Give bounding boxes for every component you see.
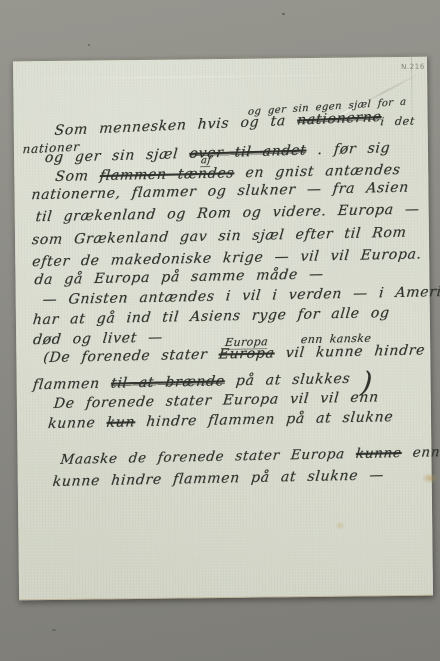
handwritten-line: som Grækenland gav sin sjæl efter til Ro…	[31, 225, 407, 249]
interline-insertion: i det	[380, 115, 416, 129]
strikethrough-text: flammen tændes	[99, 165, 235, 184]
archive-number: N.216	[401, 63, 425, 71]
paper-crease	[13, 74, 427, 80]
handwritten-line: til grækenland og Rom og videre. Europa …	[35, 201, 421, 225]
line-text: (De forenede stater	[42, 347, 219, 367]
line-text: på at slukkes	[224, 371, 362, 390]
handwritten-line: da gå Europa på samme måde —	[34, 266, 325, 288]
line-text: og ger sin sjæl	[44, 146, 190, 166]
handwritten-line: efter de makedoniske krige — vil vil Eur…	[31, 246, 422, 270]
strikethrough-text: kun	[106, 414, 136, 431]
handwritten-line: har at gå ind til Asiens ryge for alle o…	[32, 305, 390, 328]
handwritten-line: og ger sin sjæl over til andet . før sig	[44, 140, 391, 166]
handwritten-line: kunne kun hindre flammen på at slukne	[47, 409, 394, 432]
strikethrough-text: nationerne	[296, 109, 382, 129]
line-text: hindre flammen på at slukne	[134, 409, 394, 430]
dust-speck	[282, 13, 285, 15]
strikethrough-text: til at brænde	[110, 373, 225, 391]
line-text: enn	[401, 444, 440, 461]
line-text: . før sig	[306, 140, 391, 158]
fox-stain	[422, 473, 438, 484]
handwritten-line: Som mennesken hvis og ta nationerne	[54, 109, 382, 139]
line-text: flammen	[32, 376, 112, 394]
strikethrough-text: Europa	[218, 345, 276, 362]
line-text: Maaske de forenede stater Europa	[60, 446, 357, 468]
dust-speck	[88, 44, 90, 46]
handwritten-line: Maaske de forenede stater Europa kunne e…	[60, 444, 440, 468]
line-text: vil kunne hindre	[274, 342, 426, 361]
line-text: en gnist antændes	[233, 162, 401, 181]
line-text: kunne	[47, 415, 107, 432]
line-text: Som mennesken hvis og ta	[54, 113, 298, 139]
dust-speck	[52, 629, 56, 631]
strikethrough-text: kunne	[355, 445, 402, 462]
manuscript-page: N.216 og ger sin egen sjæl for a Som men…	[13, 56, 433, 601]
handwritten-line: død og livet —	[32, 330, 163, 349]
handwritten-line: kunne hindre flammen på at slukne —	[52, 467, 385, 490]
photograph-background: N.216 og ger sin egen sjæl for a Som men…	[0, 0, 440, 661]
fox-stain	[335, 522, 345, 530]
paper-crease	[411, 57, 413, 152]
line-text: Som	[54, 168, 100, 185]
